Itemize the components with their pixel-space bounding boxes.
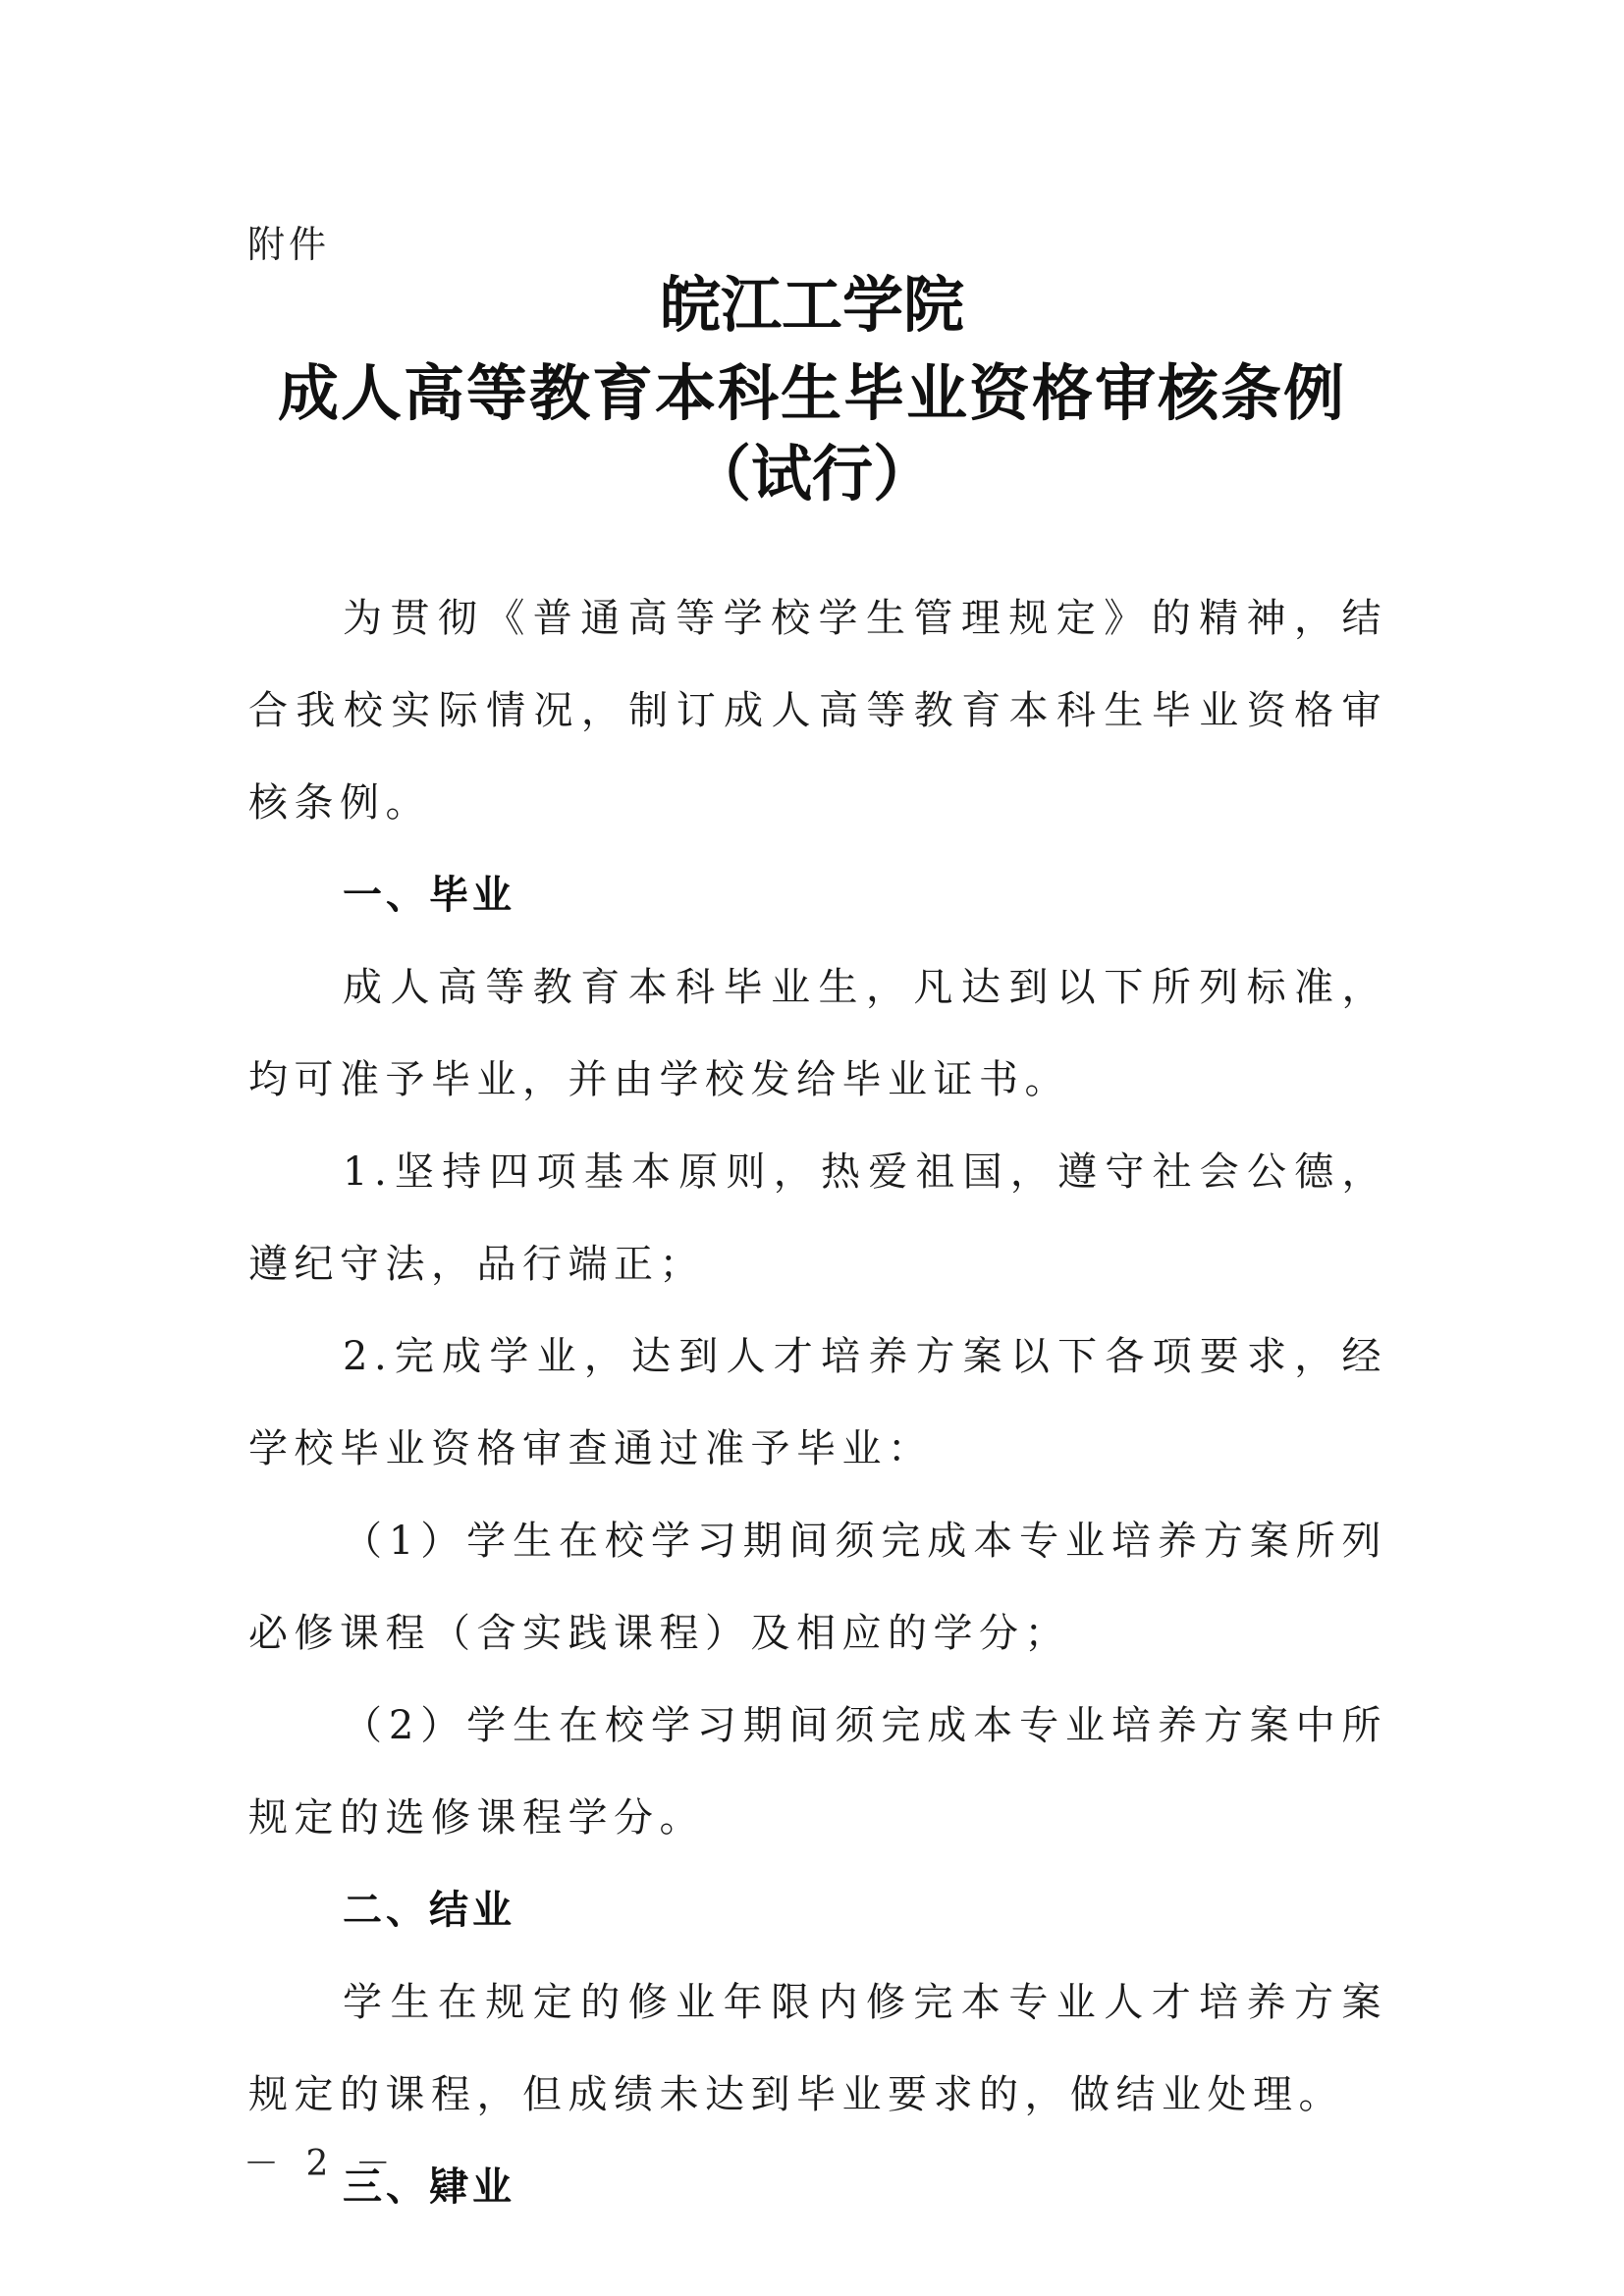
graduation-item-1: 1.坚持四项基本原则，热爱祖国，遵守社会公德，遵纪守法，品行端正； [248,1126,1387,1310]
document-body: 为贯彻《普通高等学校学生管理规定》的精神，结合我校实际情况，制订成人高等教育本科… [248,572,1387,2233]
title-regulation: 成人高等教育本科生毕业资格审核条例 [0,359,1624,428]
section-heading-incomplete: 三、肄业 [248,2141,1387,2233]
graduation-paragraph: 成人高等教育本科毕业生，凡达到以下所列标准，均可准予毕业，并由学校发给毕业证书。 [248,941,1387,1126]
attachment-label: 附件 [247,214,330,268]
section-heading-graduation: 一、毕业 [248,849,1387,941]
completion-paragraph: 学生在规定的修业年限内修完本专业人才培养方案规定的课程，但成绩未达到毕业要求的，… [248,1956,1387,2141]
graduation-item-2: 2.完成学业，达到人才培养方案以下各项要求，经学校毕业资格审查通过准予毕业： [248,1310,1387,1495]
graduation-subitem-2: （2）学生在校学习期间须完成本专业培养方案中所规定的选修课程学分。 [248,1680,1387,1864]
title-institution: 皖江工学院 [0,271,1624,340]
title-trial: （试行） [0,440,1624,508]
graduation-subitem-1: （1）学生在校学习期间须完成本专业培养方案所列必修课程（含实践课程）及相应的学分… [248,1495,1387,1680]
document-page: 附件 皖江工学院 成人高等教育本科生毕业资格审核条例 （试行） 为贯彻《普通高等… [0,0,1624,2296]
section-heading-completion: 二、结业 [248,1864,1387,1956]
page-number: － 2 － [244,2136,399,2186]
preamble-paragraph: 为贯彻《普通高等学校学生管理规定》的精神，结合我校实际情况，制订成人高等教育本科… [248,572,1387,849]
